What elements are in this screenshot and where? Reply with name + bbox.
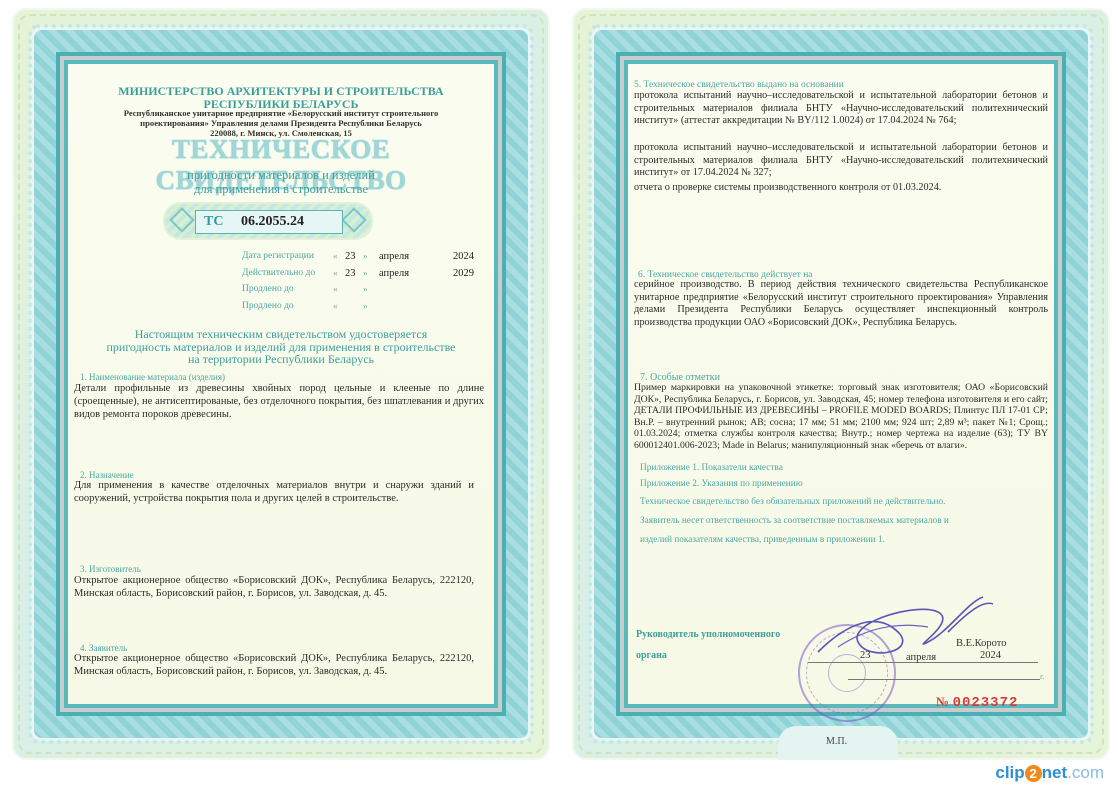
- tc-prefix: ТС: [204, 214, 223, 230]
- date-year: 2029: [453, 268, 474, 279]
- section-2-text: Для применения в качестве отделочных мат…: [74, 479, 474, 505]
- date-day: 23: [345, 251, 356, 262]
- validity-dates: Дата регистрации « 23 » апреля 2024 г. Д…: [242, 251, 542, 317]
- tc-number: 06.2055.24: [241, 214, 304, 230]
- appendix-note: Техническое свидетельство без обязательн…: [640, 496, 946, 508]
- certificate-paper: 5. Техническое свидетельство выдано на о…: [628, 64, 1054, 704]
- responsibility-note: Заявитель несет ответственность за соотв…: [640, 515, 949, 527]
- institute-line: Республиканское унитарное предприятие «Б…: [78, 108, 484, 118]
- date-label: Действительно до: [242, 268, 315, 278]
- diamond-ornament-icon: [341, 207, 366, 232]
- quote: »: [363, 284, 368, 294]
- certificate-paper: МИНИСТЕРСТВО АРХИТЕКТУРЫ И СТРОИТЕЛЬСТВА…: [68, 64, 494, 704]
- certificate-number-box: ТС 06.2055.24: [195, 210, 343, 234]
- quote: «: [333, 301, 338, 311]
- date-suffix: г.: [502, 301, 507, 311]
- signature-month: апреля: [906, 652, 936, 663]
- watermark-logo-icon: 2: [1025, 765, 1042, 782]
- date-day: 23: [345, 268, 356, 279]
- date-suffix: г.: [502, 268, 507, 278]
- statement-line: на территории Республики Беларусь: [68, 353, 494, 366]
- date-suffix: г.: [502, 284, 507, 294]
- date-suffix: г.: [1040, 672, 1044, 681]
- date-row-registration: Дата регистрации « 23 » апреля 2024 г.: [242, 251, 542, 268]
- diamond-ornament-icon: [169, 207, 194, 232]
- date-month: апреля: [379, 251, 409, 262]
- date-row-valid-until: Действительно до « 23 » апреля 2029 г.: [242, 268, 542, 285]
- quote: »: [363, 251, 368, 261]
- responsibility-note: изделий показателям качества, приведенны…: [640, 534, 885, 546]
- quote: »: [363, 268, 368, 278]
- date-suffix: г.: [502, 251, 507, 261]
- appendix-2: Приложение 2. Указания по применению: [640, 478, 803, 490]
- signature: [808, 592, 998, 672]
- section-5-label: 5. Техническое свидетельство выдано на о…: [634, 80, 844, 90]
- certificate-number-badge: ТС 06.2055.24: [165, 204, 371, 238]
- quote: «: [333, 251, 338, 261]
- certificate-front-page: МИНИСТЕРСТВО АРХИТЕКТУРЫ И СТРОИТЕЛЬСТВА…: [12, 8, 550, 760]
- section-1-text: Детали профильные из древесины хвойных п…: [74, 382, 484, 421]
- watermark-text: net: [1042, 763, 1068, 782]
- date-line: [848, 679, 1040, 680]
- signatory-title: органа: [636, 650, 667, 661]
- serial-prefix: №: [936, 694, 949, 709]
- quote: «: [333, 268, 338, 278]
- date-label: Продлено до: [242, 301, 294, 311]
- subtitle-line: для применения в строительстве: [68, 182, 494, 196]
- section-4-text: Открытое акционерное общество «Борисовск…: [74, 652, 474, 678]
- institute-line: проектирования» Управления делами Презид…: [78, 118, 484, 128]
- statement-line: Настоящим техническим свидетельством удо…: [68, 328, 494, 341]
- date-label: Дата регистрации: [242, 251, 314, 261]
- quote: »: [363, 301, 368, 311]
- serial-value: 0023372: [953, 695, 1019, 711]
- section-5-paragraph: отчета о проверке системы производственн…: [634, 182, 1048, 195]
- section-5-paragraph: протокола испытаний научно–исследователь…: [634, 142, 1048, 180]
- section-6-text: серийное производство. В период действия…: [634, 279, 1048, 329]
- quote: «: [333, 284, 338, 294]
- signatory-name: В.Е.Корото: [956, 638, 1006, 649]
- section-7-text: Пример маркировки на упаковочной этикетк…: [634, 382, 1048, 451]
- certificate-back-page: 5. Техническое свидетельство выдано на о…: [572, 8, 1110, 760]
- signature-year: 2024: [980, 650, 1001, 661]
- document-subtitle: пригодности материалов и изделий для при…: [68, 168, 494, 196]
- section-3-text: Открытое акционерное общество «Борисовск…: [74, 574, 474, 600]
- stamp-place-label: М.П.: [826, 736, 847, 747]
- signatory-title: Руководитель уполномоченного: [636, 629, 780, 640]
- serial-number: № 0023372: [936, 694, 1018, 711]
- date-month: апреля: [379, 268, 409, 279]
- section-3-label: 3. Изготовитель: [80, 564, 141, 574]
- date-row-extended-1: Продлено до « » г.: [242, 284, 542, 301]
- date-year: 2024: [453, 251, 474, 262]
- date-row-extended-2: Продлено до « » г.: [242, 301, 542, 318]
- appendix-1: Приложение 1. Показатели качества: [640, 462, 783, 474]
- clip2net-watermark: clip2net.com: [995, 763, 1104, 783]
- section-5-paragraph: протокола испытаний научно–исследователь…: [634, 90, 1048, 128]
- watermark-text: clip: [995, 763, 1024, 782]
- subtitle-line: пригодности материалов и изделий: [68, 168, 494, 182]
- certification-statement: Настоящим техническим свидетельством удо…: [68, 328, 494, 366]
- watermark-text: .com: [1067, 763, 1104, 782]
- signature-day: 23: [860, 650, 871, 661]
- section-1-label: 1. Наименование материала (изделия): [80, 372, 225, 382]
- date-label: Продлено до: [242, 284, 294, 294]
